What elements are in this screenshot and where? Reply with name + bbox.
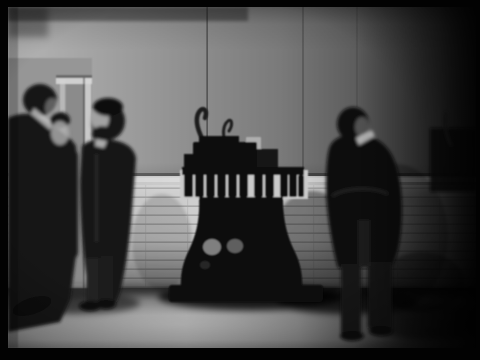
letterbox-left-bar	[0, 0, 8, 360]
video-frame[interactable]	[0, 0, 480, 360]
vignette	[8, 7, 476, 348]
letterbox-top-bar	[0, 0, 480, 7]
film-image	[0, 0, 480, 360]
video-player-stage	[0, 0, 480, 360]
letterbox-right-bar	[476, 0, 480, 360]
letterbox-bottom-bar	[0, 348, 480, 360]
